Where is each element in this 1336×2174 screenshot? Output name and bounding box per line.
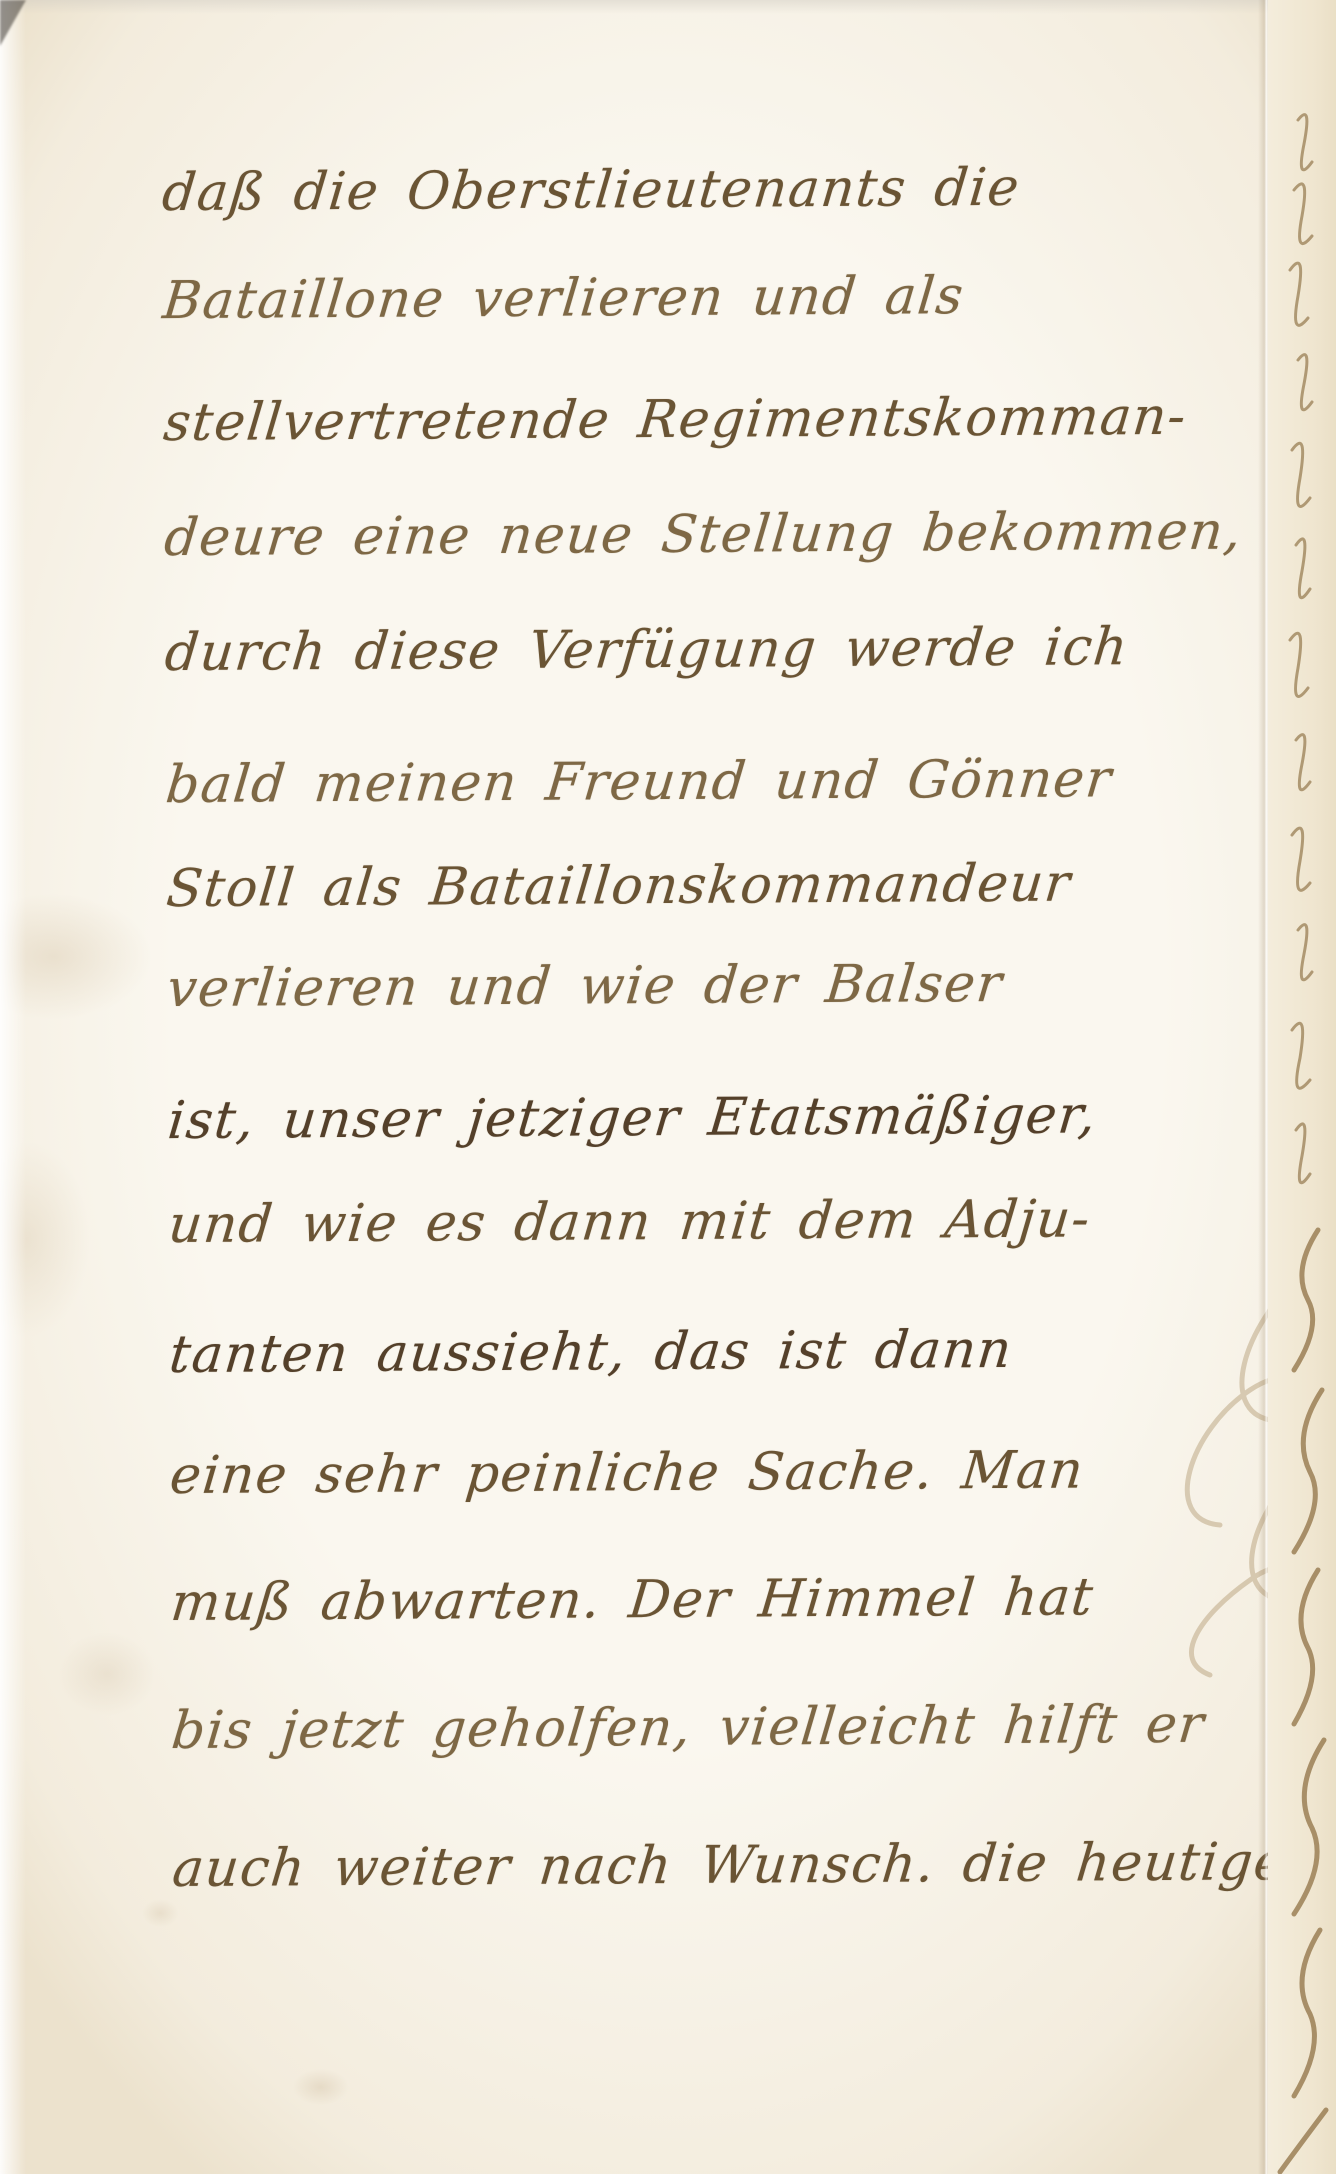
handwriting-line: Stoll als Bataillonskommandeur [164,854,1074,920]
marginal-script-strokes [1268,0,1336,2174]
handwriting-line: bald meinen Freund und Gönner [163,749,1115,815]
handwriting-line: durch diese Verfügung werde ich [162,617,1131,683]
handwriting-line: muß abwarten. Der Himmel hat [168,1567,1097,1633]
handwriting-line: ist, unser jetziger Etatsmäßiger, [165,1085,1100,1151]
handwriting-line: daß die Oberstlieutenants die [160,158,1023,223]
adjacent-page-edge [1268,0,1336,2174]
handwriting-line: auch weiter nach Wunsch. die heutige [170,1832,1289,1899]
handwriting-line: tanten aussieht, das ist dann [167,1320,1016,1385]
handwriting-line: eine sehr peinliche Sache. Man [167,1440,1087,1506]
manuscript-page: daß die Oberstlieutenants die Bataillone… [0,0,1336,2174]
handwriting-line: deure eine neue Stellung bekommen, [162,501,1246,568]
handwriting-text-block: daß die Oberstlieutenants die Bataillone… [0,0,1336,2174]
handwriting-line: und wie es dann mit dem Adju- [166,1189,1094,1255]
handwriting-line: verlieren und wie der Balser [164,954,1005,1019]
handwriting-line: stellvertretende Regimentskomman- [161,387,1190,453]
handwriting-line: Bataillone verlieren und als [160,266,967,331]
handwriting-line: bis jetzt geholfen, vielleicht hilft er [169,1695,1208,1761]
